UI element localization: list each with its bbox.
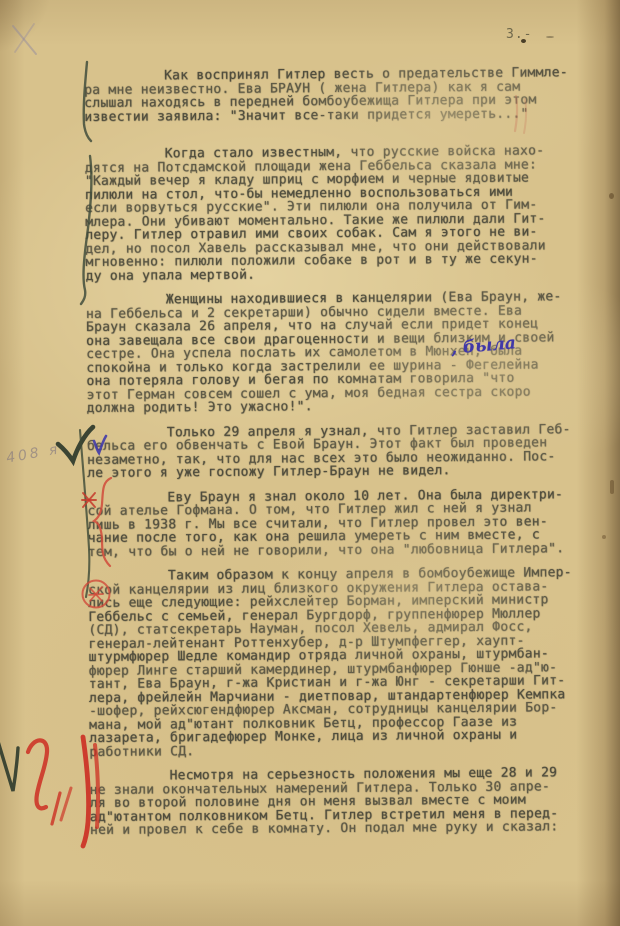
handwritten-marks-overlay xyxy=(0,0,620,926)
red-bleed-mark xyxy=(515,96,517,131)
red-brace xyxy=(94,478,111,566)
blue-checkmark xyxy=(94,436,106,453)
checkmark-mark xyxy=(58,427,93,461)
red-asterisk xyxy=(82,493,96,507)
red-bleed-mark xyxy=(524,99,526,133)
margin-line-paragraph-4-5 xyxy=(80,430,89,597)
margin-line-paragraph-1 xyxy=(84,62,91,141)
scanned-document-page: 3.- Как воспринял Гитлер весть о предате… xyxy=(0,0,620,926)
margin-line-paragraph-2 xyxy=(81,156,91,304)
green-check-bottom xyxy=(0,738,18,791)
red-scribble xyxy=(28,737,98,846)
